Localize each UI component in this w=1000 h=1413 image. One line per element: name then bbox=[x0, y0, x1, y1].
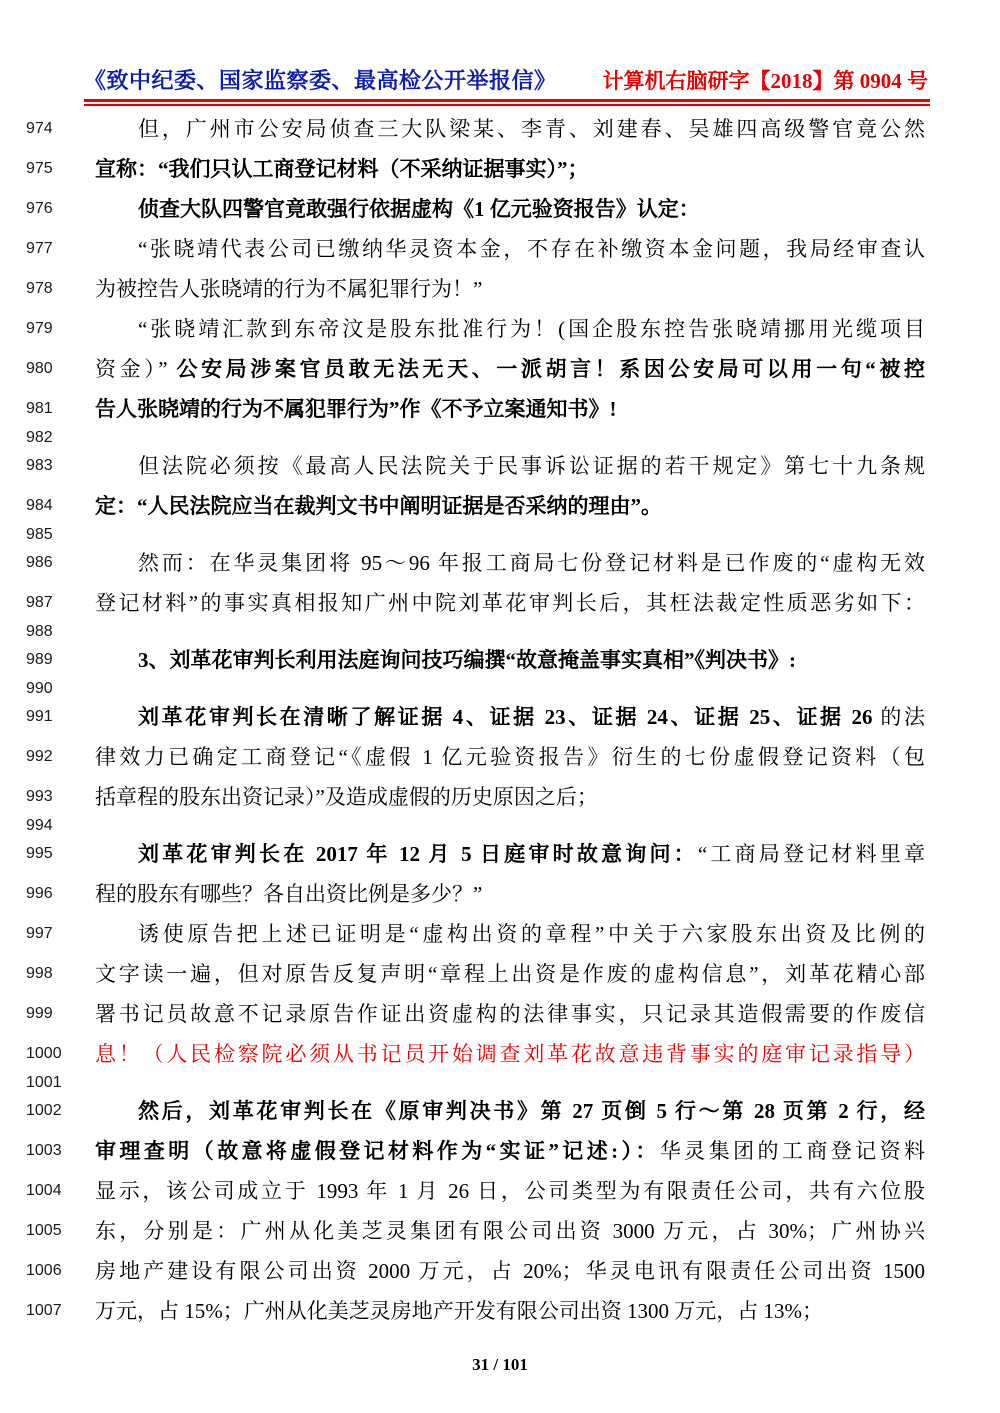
document-line: 976侦查大队四警官竟敢强行依据虚构《1 亿元验资报告》认定： bbox=[0, 189, 1000, 229]
document-line: 998文字读一遍，但对原告反复声明“章程上出资是作废的虚构信息”，刘革花精心部 bbox=[0, 954, 1000, 994]
text-segment: 然后，刘革花审判长在《原审判决书》第 27 页倒 5 行～第 28 页第 2 行… bbox=[138, 1099, 925, 1123]
document-line: 987登记材料”的事实真相报知广州中院刘革花审判长后，其枉法裁定性质恶劣如下： bbox=[0, 583, 1000, 623]
document-line: 981告人张晓靖的行为不属犯罪行为”作《不予立案通知书》! bbox=[0, 389, 1000, 429]
document-line: 980资金）” 公安局涉案官员敢无法无天、一派胡言！系因公安局可以用一句“被控 bbox=[0, 349, 1000, 389]
document-line: 999署书记员故意不记录原告作证出资虚构的法律事实，只记录其造假需要的作废信 bbox=[0, 994, 1000, 1034]
line-number: 996 bbox=[0, 886, 70, 902]
line-text: 刘革花审判长在 2017 年 12 月 5 日庭审时故意询问：“工商局登记材料里… bbox=[70, 844, 1000, 865]
report-header: 《致中纪委、国家监察委、最高检公开举报信》 计算机右脑研字【2018】第 090… bbox=[0, 0, 1000, 99]
document-page: 《致中纪委、国家监察委、最高检公开举报信》 计算机右脑研字【2018】第 090… bbox=[0, 0, 1000, 1413]
line-number: 974 bbox=[0, 121, 70, 137]
text-segment: 的法 bbox=[873, 705, 925, 729]
line-number: 1000 bbox=[0, 1046, 70, 1062]
line-number: 978 bbox=[0, 281, 70, 297]
header-title: 《致中纪委、国家监察委、最高检公开举报信》 bbox=[84, 64, 557, 95]
text-segment: 但法院必须按《最高人民法院关于民事诉讼证据的若干规定》第七十九条规 bbox=[138, 454, 925, 478]
document-line: 995刘革花审判长在 2017 年 12 月 5 日庭审时故意询问：“工商局登记… bbox=[0, 834, 1000, 874]
text-segment: 刘革花审判长在清晰了解证据 4、证据 23、证据 24、证据 25、证据 26 bbox=[138, 705, 873, 729]
document-line: 1007万元，占 15%；广州从化美芝灵房地产开发有限公司出资 1300 万元，… bbox=[0, 1291, 1000, 1331]
document-line: 988 bbox=[0, 623, 1000, 640]
document-line: 990 bbox=[0, 680, 1000, 697]
line-number: 979 bbox=[0, 321, 70, 337]
text-segment: 程的股东有哪些？各自出资比例是多少？” bbox=[95, 882, 482, 906]
line-text: 律效力已确定工商登记“《虚假 1 亿元验资报告》衍生的七份虚假登记资料（包 bbox=[70, 747, 1000, 768]
line-number: 983 bbox=[0, 458, 70, 474]
line-text: 文字读一遍，但对原告反复声明“章程上出资是作废的虚构信息”，刘革花精心部 bbox=[70, 964, 1000, 985]
document-line: 977“张晓靖代表公司已缴纳华灵资本金，不存在补缴资本金问题，我局经审查认 bbox=[0, 229, 1000, 269]
line-text: 然后，刘革花审判长在《原审判决书》第 27 页倒 5 行～第 28 页第 2 行… bbox=[70, 1101, 1000, 1122]
line-number: 986 bbox=[0, 555, 70, 571]
document-line: 991刘革花审判长在清晰了解证据 4、证据 23、证据 24、证据 25、证据 … bbox=[0, 697, 1000, 737]
line-text: 登记材料”的事实真相报知广州中院刘革花审判长后，其枉法裁定性质恶劣如下： bbox=[70, 593, 1000, 614]
text-segment: 刘革花审判长在 2017 年 12 月 5 日庭审时故意询问： bbox=[138, 842, 698, 866]
page-footer: 31 / 101 bbox=[0, 1355, 1000, 1375]
document-line: 992律效力已确定工商登记“《虚假 1 亿元验资报告》衍生的七份虚假登记资料（包 bbox=[0, 737, 1000, 777]
document-line: 974但，广州市公安局侦查三大队梁某、李青、刘建春、吴雄四高级警官竟公然 bbox=[0, 109, 1000, 149]
line-text: 但，广州市公安局侦查三大队梁某、李青、刘建春、吴雄四高级警官竟公然 bbox=[70, 119, 1000, 140]
document-line: 986然而：在华灵集团将 95～96 年报工商局七份登记材料是已作废的“虚构无效 bbox=[0, 543, 1000, 583]
line-number: 992 bbox=[0, 749, 70, 765]
text-segment: 万元，占 15%；广州从化美芝灵房地产开发有限公司出资 1300 万元，占 13… bbox=[95, 1299, 823, 1323]
line-text: 署书记员故意不记录原告作证出资虚构的法律事实，只记录其造假需要的作废信 bbox=[70, 1004, 1000, 1025]
text-segment: 登记材料”的事实真相报知广州中院刘革花审判长后，其枉法裁定性质恶劣如下： bbox=[95, 591, 925, 615]
text-segment: 息！（人民检察院必须从书记员开始调查刘革花故意违背事实的庭审记录指导） bbox=[95, 1042, 925, 1066]
text-segment: 侦查大队四警官竟敢强行依据虚构《1 亿元验资报告》认定： bbox=[138, 197, 700, 221]
line-text: 资金）” 公安局涉案官员敢无法无天、一派胡言！系因公安局可以用一句“被控 bbox=[70, 359, 1000, 380]
line-number: 988 bbox=[0, 624, 70, 640]
line-number: 993 bbox=[0, 789, 70, 805]
document-line: 1005东，分别是：广州从化美芝灵集团有限公司出资 3000 万元，占 30%；… bbox=[0, 1211, 1000, 1251]
document-line: 1003审理查明（故意将虚假登记材料作为“实证”记述:）：华灵集团的工商登记资料 bbox=[0, 1131, 1000, 1171]
document-line: 1002然后，刘革花审判长在《原审判决书》第 27 页倒 5 行～第 28 页第… bbox=[0, 1091, 1000, 1131]
line-number: 984 bbox=[0, 498, 70, 514]
line-text: 显示，该公司成立于 1993 年 1 月 26 日，公司类型为有限责任公司，共有… bbox=[70, 1181, 1000, 1202]
line-number: 995 bbox=[0, 846, 70, 862]
line-text: 息！（人民检察院必须从书记员开始调查刘革花故意违背事实的庭审记录指导） bbox=[70, 1044, 1000, 1065]
line-text: 为被控告人张晓靖的行为不属犯罪行为！” bbox=[70, 279, 1000, 300]
text-segment: “张晓靖汇款到东帝汶是股东批准行为！(国企股东控告张晓靖挪用光缆项目 bbox=[138, 317, 925, 341]
text-segment: 房地产建设有限公司出资 2000 万元，占 20%；华灵电讯有限责任公司出资 1… bbox=[95, 1259, 925, 1283]
line-text: 房地产建设有限公司出资 2000 万元，占 20%；华灵电讯有限责任公司出资 1… bbox=[70, 1261, 1000, 1282]
text-segment: 3、刘革花审判长利用法庭询问技巧编撰“故意掩盖事实真相”《判决书》: bbox=[138, 648, 796, 672]
text-segment: 诱使原告把上述已证明是“虚构出资的章程”中关于六家股东出资及比例的 bbox=[138, 922, 925, 946]
document-line: 1001 bbox=[0, 1074, 1000, 1091]
line-number: 994 bbox=[0, 818, 70, 834]
line-number: 1002 bbox=[0, 1103, 70, 1119]
text-segment: 显示，该公司成立于 1993 年 1 月 26 日，公司类型为有限责任公司，共有… bbox=[95, 1179, 925, 1203]
line-text: 程的股东有哪些？各自出资比例是多少？” bbox=[70, 884, 1000, 905]
text-segment: 华灵集团的工商登记资料 bbox=[660, 1139, 925, 1163]
document-line: 978为被控告人张晓靖的行为不属犯罪行为！” bbox=[0, 269, 1000, 309]
line-number: 999 bbox=[0, 1006, 70, 1022]
line-number: 981 bbox=[0, 401, 70, 417]
document-line: 997诱使原告把上述已证明是“虚构出资的章程”中关于六家股东出资及比例的 bbox=[0, 914, 1000, 954]
document-line: 983但法院必须按《最高人民法院关于民事诉讼证据的若干规定》第七十九条规 bbox=[0, 446, 1000, 486]
line-text: 万元，占 15%；广州从化美芝灵房地产开发有限公司出资 1300 万元，占 13… bbox=[70, 1301, 1000, 1322]
text-segment: 但，广州市公安局侦查三大队梁某、李青、刘建春、吴雄四高级警官竟公然 bbox=[138, 117, 925, 141]
line-number: 980 bbox=[0, 361, 70, 377]
text-segment: 署书记员故意不记录原告作证出资虚构的法律事实，只记录其造假需要的作废信 bbox=[95, 1002, 925, 1026]
text-segment: 东，分别是：广州从化美芝灵集团有限公司出资 3000 万元，占 30%；广州协兴 bbox=[95, 1219, 925, 1243]
doc-number: 计算机右脑研字【2018】第 0904 号 bbox=[603, 65, 929, 95]
line-text: 但法院必须按《最高人民法院关于民事诉讼证据的若干规定》第七十九条规 bbox=[70, 456, 1000, 477]
line-number: 976 bbox=[0, 201, 70, 217]
text-segment: 括章程的股东出资记录）”及造成虚假的历史原因之后； bbox=[95, 785, 598, 809]
line-text: 侦查大队四警官竟敢强行依据虚构《1 亿元验资报告》认定： bbox=[70, 199, 1000, 220]
line-text: 定：“人民法院应当在裁判文书中阐明证据是否采纳的理由”。 bbox=[70, 496, 1000, 517]
document-line: 1006房地产建设有限公司出资 2000 万元，占 20%；华灵电讯有限责任公司… bbox=[0, 1251, 1000, 1291]
text-segment: 定：“人民法院应当在裁判文书中阐明证据是否采纳的理由”。 bbox=[95, 494, 662, 518]
line-text: “张晓靖汇款到东帝汶是股东批准行为！(国企股东控告张晓靖挪用光缆项目 bbox=[70, 319, 1000, 340]
line-number: 1006 bbox=[0, 1263, 70, 1279]
line-text: 告人张晓靖的行为不属犯罪行为”作《不予立案通知书》! bbox=[70, 399, 1000, 420]
text-segment: “张晓靖代表公司已缴纳华灵资本金，不存在补缴资本金问题，我局经审查认 bbox=[138, 237, 925, 261]
document-line: 1004显示，该公司成立于 1993 年 1 月 26 日，公司类型为有限责任公… bbox=[0, 1171, 1000, 1211]
line-text: 刘革花审判长在清晰了解证据 4、证据 23、证据 24、证据 25、证据 26 … bbox=[70, 707, 1000, 728]
line-number: 977 bbox=[0, 241, 70, 257]
line-number: 990 bbox=[0, 681, 70, 697]
line-number: 987 bbox=[0, 595, 70, 611]
line-number: 1003 bbox=[0, 1143, 70, 1159]
document-line: 985 bbox=[0, 526, 1000, 543]
line-text: 括章程的股东出资记录）”及造成虚假的历史原因之后； bbox=[70, 787, 1000, 808]
document-line: 996程的股东有哪些？各自出资比例是多少？” bbox=[0, 874, 1000, 914]
text-segment: 审理查明（故意将虚假登记材料作为“实证”记述:）： bbox=[95, 1139, 660, 1163]
text-segment: “工商局登记材料里章 bbox=[698, 842, 925, 866]
line-number: 991 bbox=[0, 709, 70, 725]
text-segment: 告人张晓靖的行为不属犯罪行为”作《不予立案通知书》! bbox=[95, 397, 617, 421]
line-number: 982 bbox=[0, 430, 70, 446]
header-rule bbox=[84, 99, 930, 106]
document-line: 9893、刘革花审判长利用法庭询问技巧编撰“故意掩盖事实真相”《判决书》: bbox=[0, 640, 1000, 680]
document-line: 982 bbox=[0, 429, 1000, 446]
line-text: “张晓靖代表公司已缴纳华灵资本金，不存在补缴资本金问题，我局经审查认 bbox=[70, 239, 1000, 260]
line-text: 3、刘革花审判长利用法庭询问技巧编撰“故意掩盖事实真相”《判决书》: bbox=[70, 650, 1000, 671]
line-number: 1005 bbox=[0, 1223, 70, 1239]
line-text: 诱使原告把上述已证明是“虚构出资的章程”中关于六家股东出资及比例的 bbox=[70, 924, 1000, 945]
document-line: 994 bbox=[0, 817, 1000, 834]
document-line: 993括章程的股东出资记录）”及造成虚假的历史原因之后； bbox=[0, 777, 1000, 817]
text-segment: 为被控告人张晓靖的行为不属犯罪行为！” bbox=[95, 277, 482, 301]
line-number: 985 bbox=[0, 527, 70, 543]
line-text: 宣称：“我们只认工商登记材料（不采纳证据事实）”； bbox=[70, 159, 1000, 180]
line-number: 989 bbox=[0, 652, 70, 668]
text-segment: 然而：在华灵集团将 95～96 年报工商局七份登记材料是已作废的“虚构无效 bbox=[138, 551, 925, 575]
document-line: 975宣称：“我们只认工商登记材料（不采纳证据事实）”； bbox=[0, 149, 1000, 189]
line-text: 审理查明（故意将虚假登记材料作为“实证”记述:）：华灵集团的工商登记资料 bbox=[70, 1141, 1000, 1162]
line-text: 然而：在华灵集团将 95～96 年报工商局七份登记材料是已作废的“虚构无效 bbox=[70, 553, 1000, 574]
document-line: 979“张晓靖汇款到东帝汶是股东批准行为！(国企股东控告张晓靖挪用光缆项目 bbox=[0, 309, 1000, 349]
line-number: 1001 bbox=[0, 1075, 70, 1091]
document-lines: 974但，广州市公安局侦查三大队梁某、李青、刘建春、吴雄四高级警官竟公然975宣… bbox=[0, 106, 1000, 1331]
document-line: 1000息！（人民检察院必须从书记员开始调查刘革花故意违背事实的庭审记录指导） bbox=[0, 1034, 1000, 1074]
page-indicator: 31 / 101 bbox=[472, 1355, 528, 1374]
document-line: 984定：“人民法院应当在裁判文书中阐明证据是否采纳的理由”。 bbox=[0, 486, 1000, 526]
text-segment: 资金）” bbox=[95, 357, 176, 381]
line-text: 东，分别是：广州从化美芝灵集团有限公司出资 3000 万元，占 30%；广州协兴 bbox=[70, 1221, 1000, 1242]
text-segment: 文字读一遍，但对原告反复声明“章程上出资是作废的虚构信息”，刘革花精心部 bbox=[95, 962, 925, 986]
line-number: 1004 bbox=[0, 1183, 70, 1199]
line-number: 998 bbox=[0, 966, 70, 982]
text-segment: 宣称：“我们只认工商登记材料（不采纳证据事实）”； bbox=[95, 157, 589, 181]
line-number: 997 bbox=[0, 926, 70, 942]
line-number: 1007 bbox=[0, 1303, 70, 1319]
text-segment: 律效力已确定工商登记“《虚假 1 亿元验资报告》衍生的七份虚假登记资料（包 bbox=[95, 745, 925, 769]
line-number: 975 bbox=[0, 161, 70, 177]
text-segment: 公安局涉案官员敢无法无天、一派胡言！系因公安局可以用一句“被控 bbox=[176, 357, 925, 381]
